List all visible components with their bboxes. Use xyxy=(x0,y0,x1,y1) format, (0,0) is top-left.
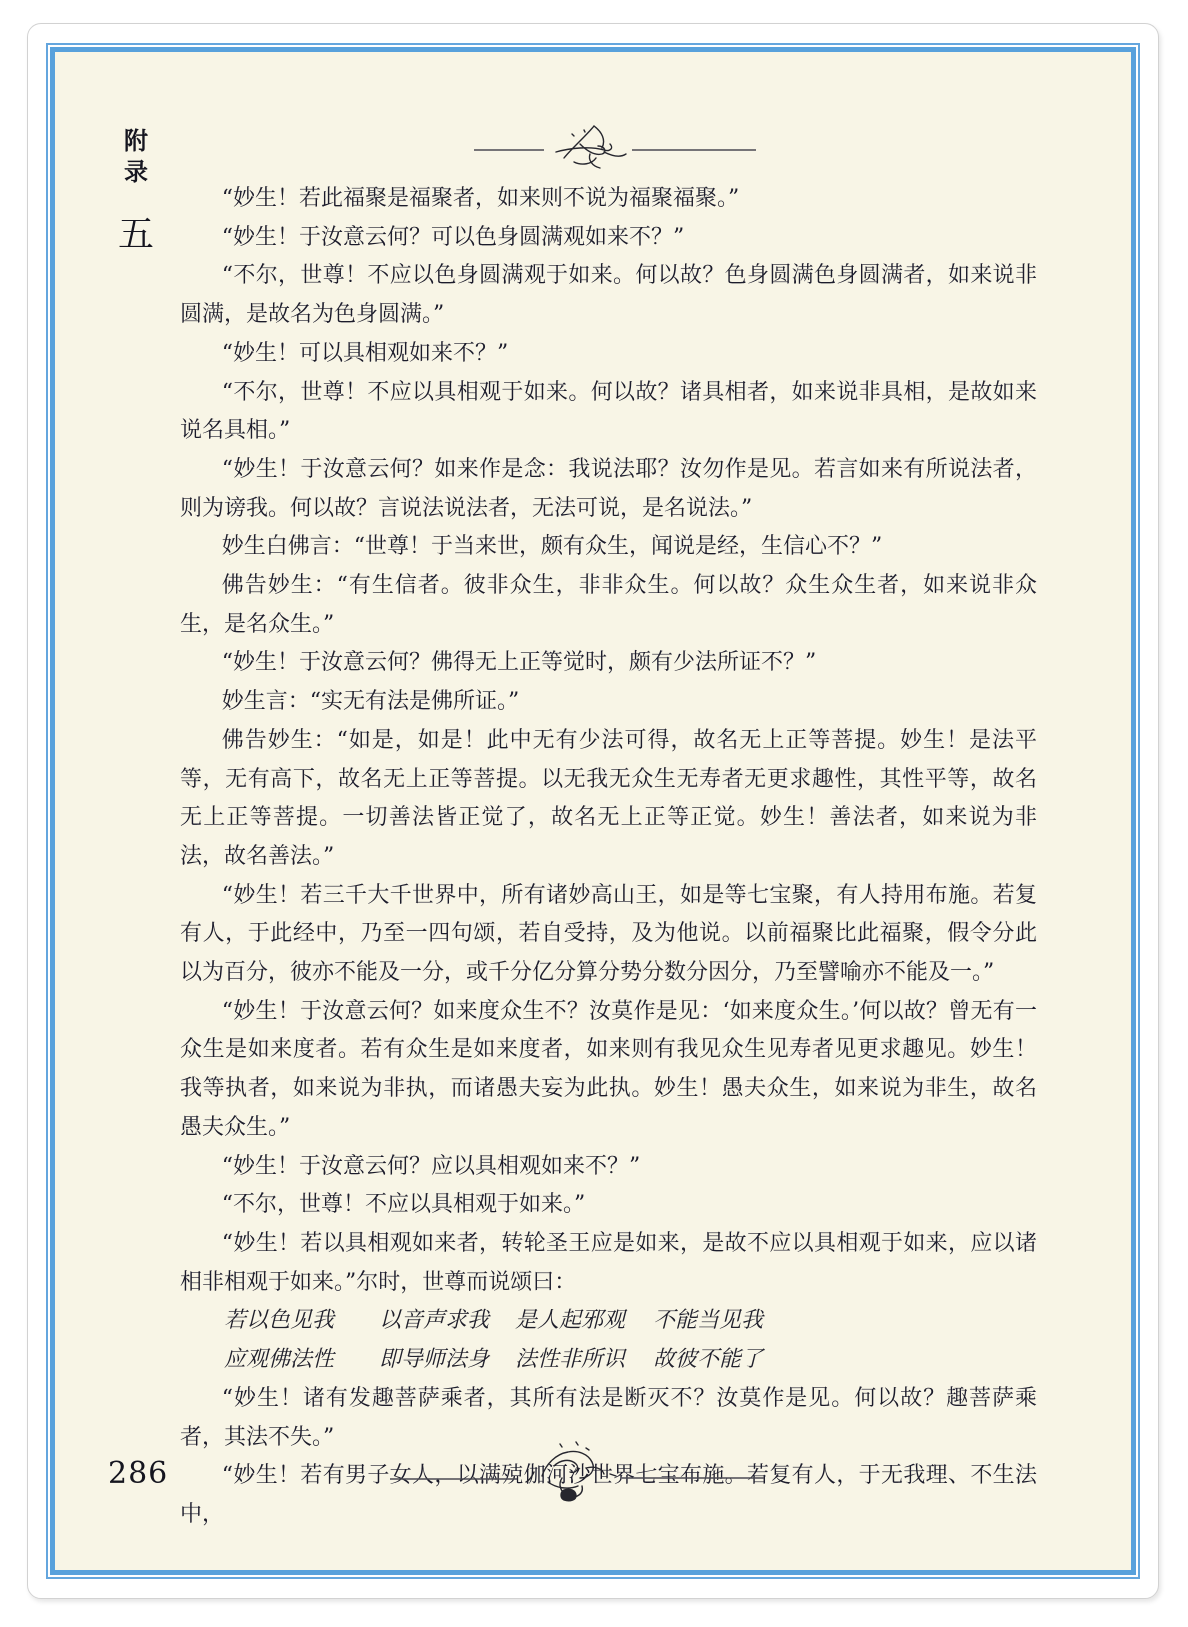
paragraph: “妙生！若三千大千世界中，所有诸妙高山王，如是等七宝聚，有人持用布施。若复有人，… xyxy=(180,877,1037,993)
verse-phrase: 应观佛法性 xyxy=(224,1341,334,1380)
paragraph: “妙生！于汝意云何？佛得无上正等觉时，颇有少法所证不？” xyxy=(180,644,1037,683)
paragraph: “不尔，世尊！不应以具相观于如来。” xyxy=(180,1186,1037,1225)
paragraph: “不尔，世尊！不应以色身圆满观于如来。何以故？色身圆满色身圆满者，如来说非圆满，… xyxy=(180,257,1037,334)
paragraph: 佛告妙生：“有生信者。彼非众生，非非众生。何以故？众生众生者，如来说非众生，是名… xyxy=(180,567,1037,644)
verse-phrase: 若以色见我 xyxy=(224,1302,334,1341)
paragraph: 妙生白佛言：“世尊！于当来世，颇有众生，闻说是经，生信心不？” xyxy=(180,528,1037,567)
verse-phrase: 是人起邪观 xyxy=(515,1302,625,1341)
paragraph: “妙生！于汝意云何？应以具相观如来不？” xyxy=(180,1148,1037,1187)
verse-phrase: 法性非所识 xyxy=(515,1341,625,1380)
margin-appendix-label: 附 录 五 xyxy=(114,126,158,254)
paragraph: “妙生！于汝意云何？如来度众生不？汝莫作是见：‘如来度众生。’何以故？曾无有一众… xyxy=(180,993,1037,1148)
verse-line: 应观佛法性 即导师法身 法性非所识 故彼不能了 xyxy=(224,1341,1037,1380)
paragraph: 佛告妙生：“如是，如是！此中无有少法可得，故名无上正等菩提。妙生！是法平等，无有… xyxy=(180,722,1037,877)
verse-phrase: 故彼不能了 xyxy=(653,1341,763,1380)
page-number: 286 xyxy=(108,1456,168,1491)
paragraph: “妙生！于汝意云何？如来作是念：我说法耶？汝勿作是见。若言如来有所说法者，则为谤… xyxy=(180,451,1037,528)
paragraph: 妙生言：“实无有法是佛所证。” xyxy=(180,683,1037,722)
appendix-number-char: 五 xyxy=(118,216,154,254)
paragraph: “妙生！若此福聚是福聚者，如来则不说为福聚福聚。” xyxy=(180,180,1037,219)
verse-phrase: 不能当见我 xyxy=(653,1302,763,1341)
verse-line: 若以色见我 以音声求我 是人起邪观 不能当见我 xyxy=(224,1302,1037,1341)
paragraph: “妙生！于汝意云何？可以色身圆满观如来不？” xyxy=(180,219,1037,258)
header-flower-divider-icon xyxy=(444,118,756,176)
appendix-label-char: 录 xyxy=(124,157,148,188)
footer-rose-divider-icon xyxy=(372,1432,772,1506)
paragraph: “妙生！可以具相观如来不？” xyxy=(180,335,1037,374)
appendix-label-char: 附 xyxy=(124,126,148,157)
verse-phrase: 以音声求我 xyxy=(379,1302,489,1341)
gatha-verse: 若以色见我 以音声求我 是人起邪观 不能当见我 应观佛法性 即导师法身 法性非所… xyxy=(224,1302,1037,1379)
body-text: “妙生！若此福聚是福聚者，如来则不说为福聚福聚。” “妙生！于汝意云何？可以色身… xyxy=(180,180,1037,1535)
paragraph: “不尔，世尊！不应以具相观于如来。何以故？诸具相者，如来说非具相，是故如来说名具… xyxy=(180,374,1037,451)
paragraph: “妙生！若以具相观如来者，转轮圣王应是如来，是故不应以具相观于如来，应以诸相非相… xyxy=(180,1225,1037,1302)
verse-phrase: 即导师法身 xyxy=(379,1341,489,1380)
